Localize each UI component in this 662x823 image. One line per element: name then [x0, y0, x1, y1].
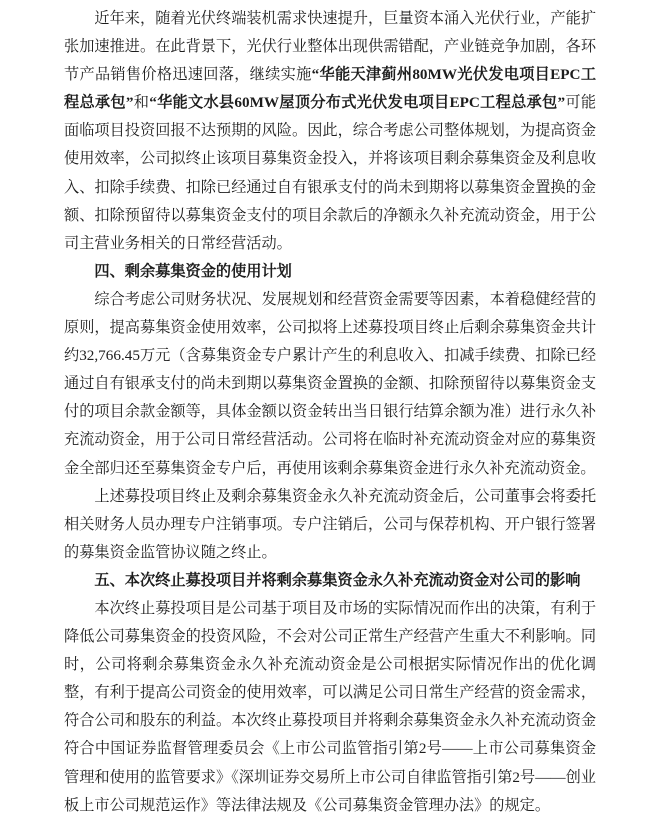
section-heading: 四、剩余募集资金的使用计划	[64, 258, 596, 286]
body-paragraph: 综合考虑公司财务状况、发展规划和经营资金需要等因素，本着稳健经营的原则，提高募集…	[64, 286, 596, 483]
section-heading: 五、本次终止募投项目并将剩余募集资金永久补充流动资金对公司的影响	[64, 567, 596, 595]
text-run: 综合考虑公司财务状况、发展规划和经营资金需要等因素，本着稳健经营的原则，提高募集…	[64, 291, 596, 477]
text-run: 和	[133, 94, 149, 111]
document-page: 近年来，随着光伏终端装机需求快速提升，巨量资本涌入光伏行业，产能扩张加速推进。在…	[0, 0, 662, 823]
document-body: 近年来，随着光伏终端装机需求快速提升，巨量资本涌入光伏行业，产能扩张加速推进。在…	[64, 5, 596, 820]
text-run: 上述募投项目终止及剩余募集资金永久补充流动资金后，公司董事会将委托相关财务人员办…	[64, 488, 596, 561]
bold-text-run: “华能文水县60MW屋顶分布式光伏发电项目EPC工程总承包”	[149, 94, 565, 111]
bold-text-run: 四、剩余募集资金的使用计划	[94, 263, 291, 280]
bold-text-run: 五、本次终止募投项目并将剩余募集资金永久补充流动资金对公司的影响	[94, 572, 580, 589]
body-paragraph: 上述募投项目终止及剩余募集资金永久补充流动资金后，公司董事会将委托相关财务人员办…	[64, 483, 596, 567]
body-paragraph: 近年来，随着光伏终端装机需求快速提升，巨量资本涌入光伏行业，产能扩张加速推进。在…	[64, 5, 596, 258]
text-run: 可能面临项目投资回报不达预期的风险。因此，综合考虑公司整体规划，为提高资金使用效…	[64, 94, 596, 251]
body-paragraph: 本次终止募投项目是公司基于项目及市场的实际情况而作出的决策，有利于降低公司募集资…	[64, 595, 596, 820]
text-run: 本次终止募投项目是公司基于项目及市场的实际情况而作出的决策，有利于降低公司募集资…	[64, 600, 596, 814]
